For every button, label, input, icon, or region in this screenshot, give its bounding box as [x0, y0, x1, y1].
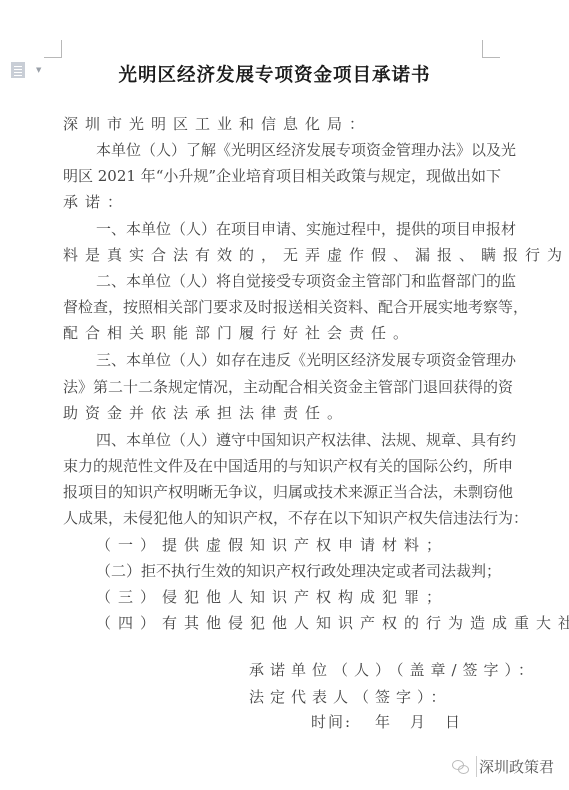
- wechat-icon: [452, 760, 470, 774]
- body-line: 料是真实合法有效的，无弄虚作假、漏报、瞒报行为。: [63, 246, 569, 264]
- page-corner-mark-top-right: [482, 40, 500, 58]
- body-line: 人成果，未侵犯他人的知识产权，不存在以下知识产权失信违法行为：: [63, 509, 528, 527]
- legal-rep-signature-label: 法定代表人（签字）：: [249, 688, 452, 706]
- body-line: 三、本单位（人）如存在违反《光明区经济发展专项资金管理办: [96, 351, 516, 369]
- body-line: 二、本单位（人）将自觉接受专项资金主管部门和监督部门的监: [96, 272, 516, 290]
- promisor-signature-label: 承诺单位（人）（盖章/签字）：: [249, 661, 539, 679]
- body-line: 报项目的知识产权明晰无争议，归属或技术来源正当合法，未剽窃他: [63, 483, 513, 501]
- body-line: 督检查，按照相关部门要求及时报送相关资料、配合开展实地考察等，: [63, 298, 528, 316]
- body-line: 本单位（人）了解《光明区经济发展专项资金管理办法》以及光: [96, 141, 516, 159]
- page-corner-mark-top-left: [44, 40, 62, 58]
- date-day-label: 日: [445, 713, 466, 731]
- body-line: （一）提供虚假知识产权申请材料；: [96, 536, 448, 554]
- date-label: 时间:: [311, 713, 352, 731]
- body-line: （三）侵犯他人知识产权构成犯罪；: [96, 588, 448, 606]
- body-line: 束力的规范性文件及在中国适用的与知识产权有关的国际公约，所申: [63, 457, 513, 475]
- body-line: 承诺：: [63, 193, 129, 211]
- date-year-label: 年: [375, 713, 396, 731]
- addressee: 深圳市光明区工业和信息化局：: [63, 115, 371, 133]
- body-line: 四、本单位（人）遵守中国知识产权法律、法规、规章、具有约: [96, 431, 516, 449]
- body-line: 明区 2021 年“小升规”企业培育项目相关政策与规定，现做出如下: [63, 167, 501, 185]
- body-line: 一、本单位（人）在项目申请、实施过程中，提供的项目申报材: [96, 220, 516, 238]
- body-line: 助资金并依法承担法律责任。: [63, 404, 349, 422]
- body-line: （四）有其他侵犯他人知识产权的行为造成重大社会影响。: [96, 614, 569, 632]
- body-line: 配合相关职能部门履行好社会责任。: [63, 324, 415, 342]
- date-month-label: 月: [410, 713, 431, 731]
- watermark-text: 深圳政策君: [476, 756, 554, 777]
- watermark: 深圳政策君: [452, 756, 554, 777]
- document-title: 光明区经济发展专项资金项目承诺书: [0, 61, 549, 87]
- body-line: （二）拒不执行生效的知识产权行政处理决定或者司法裁判；: [96, 562, 501, 580]
- body-line: 法》第二十二条规定情况，主动配合相关资金主管部门退回获得的资: [63, 378, 513, 396]
